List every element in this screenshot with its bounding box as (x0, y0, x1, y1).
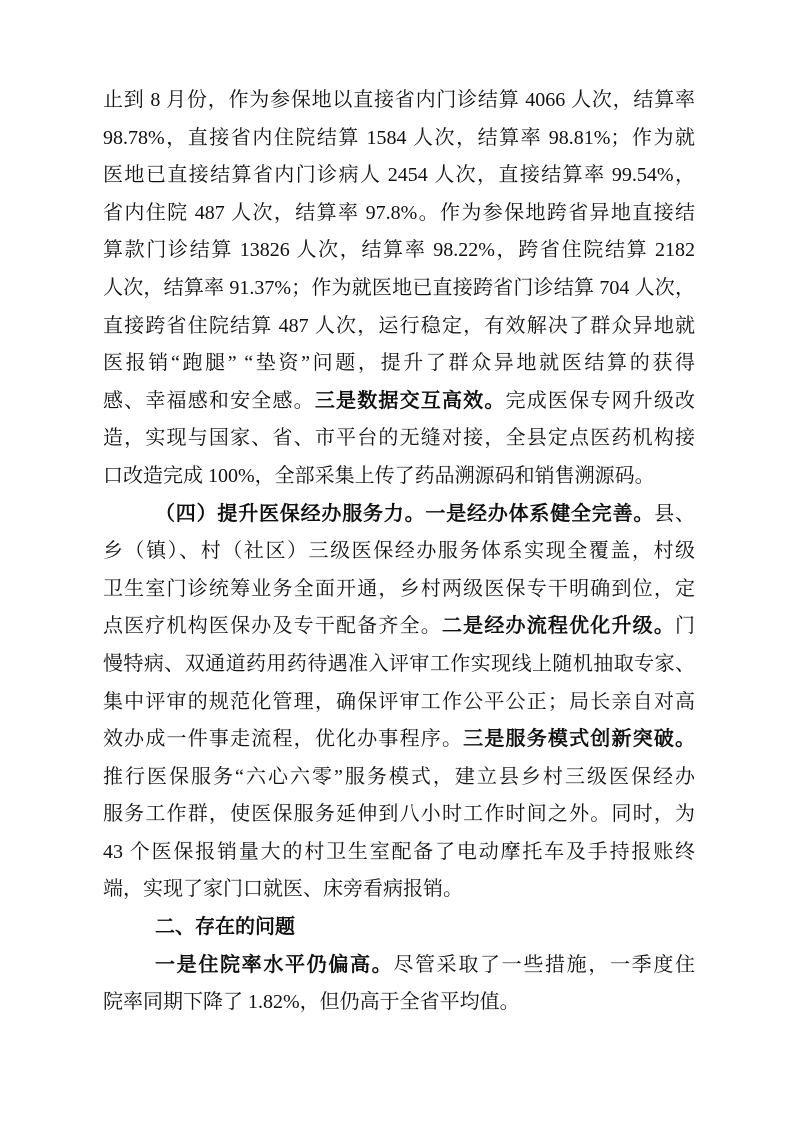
body-text: 算款门诊结算 13826 人次，结算率 98.22%，跨省住院结算 2182 (103, 239, 695, 261)
emphasis-text: 二、存在的问题 (155, 916, 295, 938)
section-heading: 二、存在的问题 (103, 909, 695, 947)
document-line: 98.78%，直接省内住院结算 1584 人次，结算率 98.81%；作为就 (103, 120, 695, 158)
body-text: 直接跨省住院结算 487 人次，运行稳定，有效解决了群众异地就 (103, 315, 695, 337)
body-text: 集中评审的规范化管理，确保评审工作公平公正；局长亲自对高 (103, 691, 695, 713)
document-line: 43 个医保报销量大的村卫生室配备了电动摩托车及手持报账终 (103, 834, 695, 872)
body-text: 效办成一件事走流程，优化办事程序。 (103, 728, 463, 750)
document-line: 慢特病、双通道药用药待遇准入评审工作实现线上随机抽取专家、 (103, 646, 695, 684)
body-text: 院率同期下降了 1.82%，但仍高于全省平均值。 (103, 991, 520, 1013)
body-text: 卫生室门诊统筹业务全面开通，乡村两级医保专干明确到位，定 (103, 578, 695, 600)
document-line: 算款门诊结算 13826 人次，结算率 98.22%，跨省住院结算 2182 (103, 232, 695, 270)
document-line: 止到 8 月份，作为参保地以直接省内门诊结算 4066 人次，结算率 (103, 82, 695, 120)
body-text: 止到 8 月份，作为参保地以直接省内门诊结算 4066 人次，结算率 (103, 89, 695, 111)
body-text: 慢特病、双通道药用药待遇准入评审工作实现线上随机抽取专家、 (103, 653, 695, 675)
body-text: 完成医保专网升级改 (506, 390, 695, 412)
document-line: 推行医保服务“六心六零”服务模式，建立县乡村三级医保经办 (103, 759, 695, 797)
document-line: 医地已直接结算省内门诊病人 2454 人次，直接结算率 99.54%， (103, 157, 695, 195)
body-text: 43 个医保报销量大的村卫生室配备了电动摩托车及手持报账终 (103, 841, 695, 863)
body-text: 感、幸福感和安全感。 (103, 390, 315, 412)
document-line: 省内住院 487 人次，结算率 97.8%。作为参保地跨省异地直接结 (103, 195, 695, 233)
document-line: 乡（镇）、村（社区）三级医保经办服务体系实现全覆盖，村级 (103, 533, 695, 571)
body-text: 端，实现了家门口就医、床旁看病报销。 (103, 878, 463, 900)
document-content: 止到 8 月份，作为参保地以直接省内门诊结算 4066 人次，结算率98.78%… (103, 82, 695, 1022)
body-text: 省内住院 487 人次，结算率 97.8%。作为参保地跨省异地直接结 (103, 202, 695, 224)
document-line: 口改造完成 100%，全部采集上传了药品溯源码和销售溯源码。 (103, 458, 695, 496)
document-line: 点医疗机构医保办及专干配备齐全。二是经办流程优化升级。门 (103, 608, 695, 646)
document-line: 效办成一件事走流程，优化办事程序。三是服务模式创新突破。 (103, 721, 695, 759)
body-text: 人次，结算率 91.37%；作为就医地已直接跨省门诊结算 704 人次， (103, 277, 695, 299)
document-line: 造，实现与国家、省、市平台的无缝对接，全县定点医药机构接 (103, 420, 695, 458)
document-line: 卫生室门诊统筹业务全面开通，乡村两级医保专干明确到位，定 (103, 571, 695, 609)
body-text: 服务工作群，使医保服务延伸到八小时工作时间之外。同时，为 (103, 803, 695, 825)
emphasis-text: 三是服务模式创新突破。 (463, 728, 695, 750)
document-line: 医报销“跑腿” “垫资”问题，提升了群众异地就医结算的获得 (103, 345, 695, 383)
body-text: 乡（镇）、村（社区）三级医保经办服务体系实现全覆盖，村级 (103, 540, 695, 562)
document-line: （四）提升医保经办服务力。一是经办体系健全完善。县、 (103, 496, 695, 534)
document-page: 止到 8 月份，作为参保地以直接省内门诊结算 4066 人次，结算率98.78%… (0, 0, 793, 1122)
document-line: 感、幸福感和安全感。三是数据交互高效。完成医保专网升级改 (103, 383, 695, 421)
body-text: 点医疗机构医保办及专干配备齐全。 (103, 615, 442, 637)
document-line: 一是住院率水平仍偏高。尽管采取了一些措施，一季度住 (103, 947, 695, 985)
document-line: 直接跨省住院结算 487 人次，运行稳定，有效解决了群众异地就 (103, 308, 695, 346)
body-text: 医地已直接结算省内门诊病人 2454 人次，直接结算率 99.54%， (103, 164, 695, 186)
document-line: 端，实现了家门口就医、床旁看病报销。 (103, 871, 695, 909)
document-line: 集中评审的规范化管理，确保评审工作公平公正；局长亲自对高 (103, 684, 695, 722)
emphasis-text: （四）提升医保经办服务力。一是经办体系健全完善。 (155, 503, 654, 525)
emphasis-text: 二是经办流程优化升级。 (442, 615, 675, 637)
emphasis-text: 三是数据交互高效。 (315, 390, 506, 412)
body-text: 98.78%，直接省内住院结算 1584 人次，结算率 98.81%；作为就 (103, 127, 695, 149)
emphasis-text: 一是住院率水平仍偏高。 (155, 954, 393, 976)
document-line: 服务工作群，使医保服务延伸到八小时工作时间之外。同时，为 (103, 796, 695, 834)
body-text: 造，实现与国家、省、市平台的无缝对接，全县定点医药机构接 (103, 427, 695, 449)
body-text: 县、 (654, 503, 695, 525)
body-text: 医报销“跑腿” “垫资”问题，提升了群众异地就医结算的获得 (103, 352, 695, 374)
body-text: 推行医保服务“六心六零”服务模式，建立县乡村三级医保经办 (103, 766, 695, 788)
document-line: 院率同期下降了 1.82%，但仍高于全省平均值。 (103, 984, 695, 1022)
body-text: 尽管采取了一些措施，一季度住 (393, 954, 695, 976)
body-text: 口改造完成 100%，全部采集上传了药品溯源码和销售溯源码。 (103, 465, 655, 487)
document-line: 人次，结算率 91.37%；作为就医地已直接跨省门诊结算 704 人次， (103, 270, 695, 308)
body-text: 门 (675, 615, 695, 637)
